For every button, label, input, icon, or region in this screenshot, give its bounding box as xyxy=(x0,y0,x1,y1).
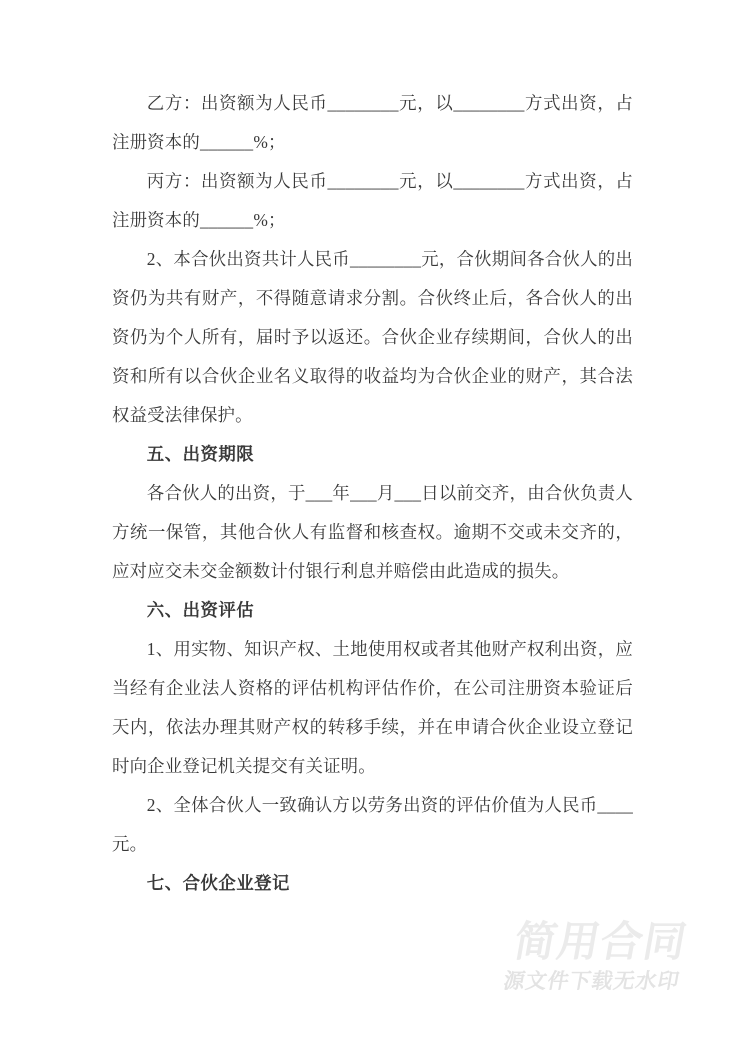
watermark-title: 简用合同 xyxy=(507,919,691,965)
contract-page: 乙方：出资额为人民币________元，以________方式出资，占注册资本的… xyxy=(0,0,742,1049)
section-heading: 七、合伙企业登记 xyxy=(112,864,633,903)
section-heading: 五、出资期限 xyxy=(112,435,633,474)
paragraph: 丙方：出资额为人民币________元，以________方式出资，占注册资本的… xyxy=(112,162,633,240)
watermark-subtitle: 源文件下载无水印 xyxy=(501,970,681,994)
paragraph: 2、全体合伙人一致确认方以劳务出资的评估价值为人民币____元。 xyxy=(112,786,633,864)
paragraph: 2、本合伙出资共计人民币________元，合伙期间各合伙人的出资仍为共有财产，… xyxy=(112,240,633,435)
paragraph: 各合伙人的出资，于___年___月___日以前交齐，由合伙负责人方统一保管，其他… xyxy=(112,474,633,591)
document-body: 乙方：出资额为人民币________元，以________方式出资，占注册资本的… xyxy=(112,84,633,903)
paragraph: 乙方：出资额为人民币________元，以________方式出资，占注册资本的… xyxy=(112,84,633,162)
paragraph: 1、用实物、知识产权、土地使用权或者其他财产权利出资，应当经有企业法人资格的评估… xyxy=(112,630,633,786)
watermark: 简用合同 源文件下载无水印 xyxy=(501,919,690,994)
section-heading: 六、出资评估 xyxy=(112,591,633,630)
